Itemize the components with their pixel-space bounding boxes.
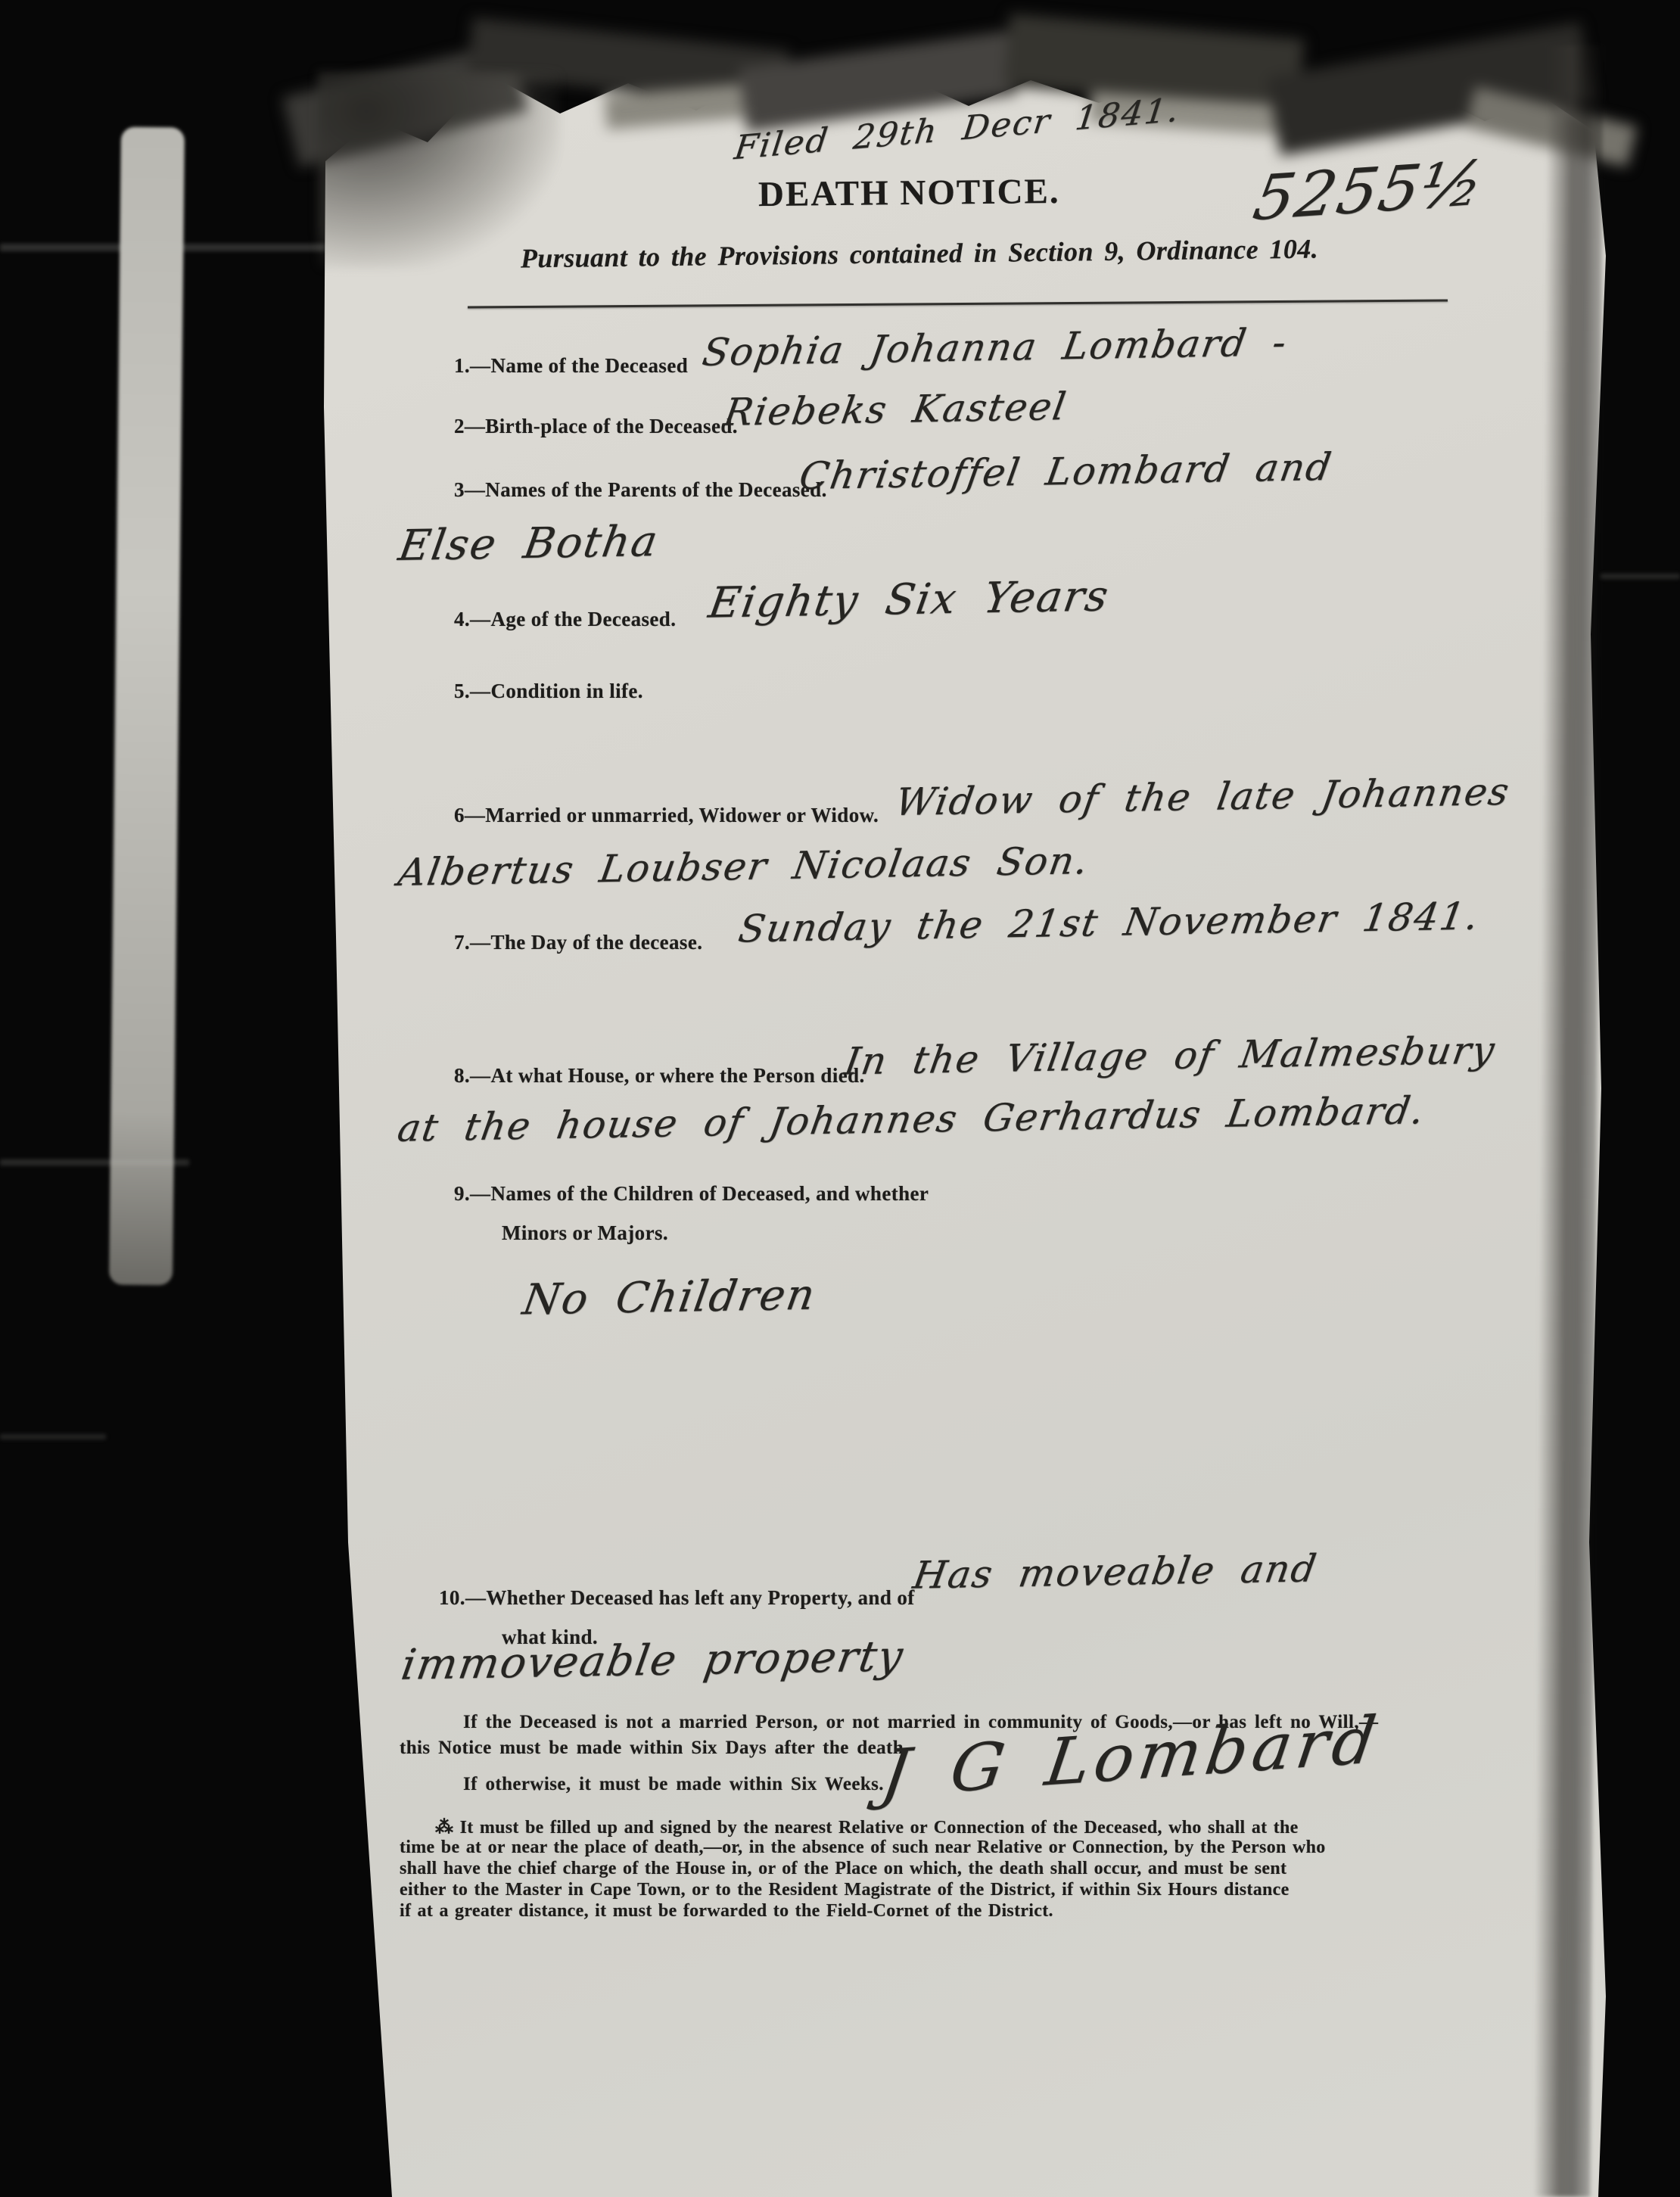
footnote-line-2: time be at or near the place of death,—o…	[400, 1838, 1326, 1858]
document-title: DEATH NOTICE.	[758, 171, 1060, 215]
footnote-line-5: if at a greater distance, it must be for…	[400, 1901, 1053, 1922]
adjacent-page-edge	[109, 127, 185, 1286]
field-1-label: 1.—Name of the Deceased	[454, 354, 688, 378]
field-3-value-continued: Else Botha	[395, 517, 662, 571]
field-4-label: 4.—Age of the Deceased.	[454, 608, 676, 631]
field-4-value: Eighty Six Years	[705, 571, 1112, 627]
footnote-line-4: either to the Master in Cape Town, or to…	[400, 1880, 1290, 1900]
field-10-value-continued: immoveable property	[398, 1632, 907, 1690]
field-2-label: 2—Birth-place of the Deceased.	[454, 415, 738, 438]
field-9-value: No Children	[519, 1271, 820, 1325]
scan-artifact	[0, 1434, 106, 1439]
field-8-label: 8.—At what House, or where the Person di…	[454, 1064, 865, 1088]
field-5-label: 5.—Condition in life.	[454, 680, 643, 703]
scanned-document: Filed 29th Decr 1841. DEATH NOTICE. 5255…	[0, 0, 1680, 2197]
field-9-label: 9.—Names of the Children of Deceased, an…	[454, 1182, 929, 1206]
field-10-value: Has moveable and	[910, 1546, 1321, 1597]
scan-artifact	[1601, 574, 1680, 579]
footnote-line-3: shall have the chief charge of the House…	[400, 1859, 1286, 1879]
field-3-label: 3—Names of the Parents of the Deceased.	[454, 478, 827, 502]
scan-artifact	[0, 244, 325, 251]
field-2-value: Riebeks Kasteel	[721, 384, 1070, 434]
scan-artifact	[0, 1159, 189, 1165]
field-6-label: 6—Married or unmarried, Widower or Widow…	[454, 804, 879, 827]
footnote-line-1: ⁂ It must be filled up and signed by the…	[435, 1816, 1299, 1838]
field-9-label-continued: Minors or Majors.	[502, 1221, 668, 1245]
field-10-label: 10.—Whether Deceased has left any Proper…	[439, 1586, 915, 1610]
note-six-weeks: If otherwise, it must be made within Six…	[463, 1774, 884, 1795]
paper-fold-shadow	[318, 72, 560, 269]
field-7-label: 7.—The Day of the decease.	[454, 931, 702, 954]
note-six-days-line2: this Notice must be made within Six Days…	[400, 1738, 909, 1759]
